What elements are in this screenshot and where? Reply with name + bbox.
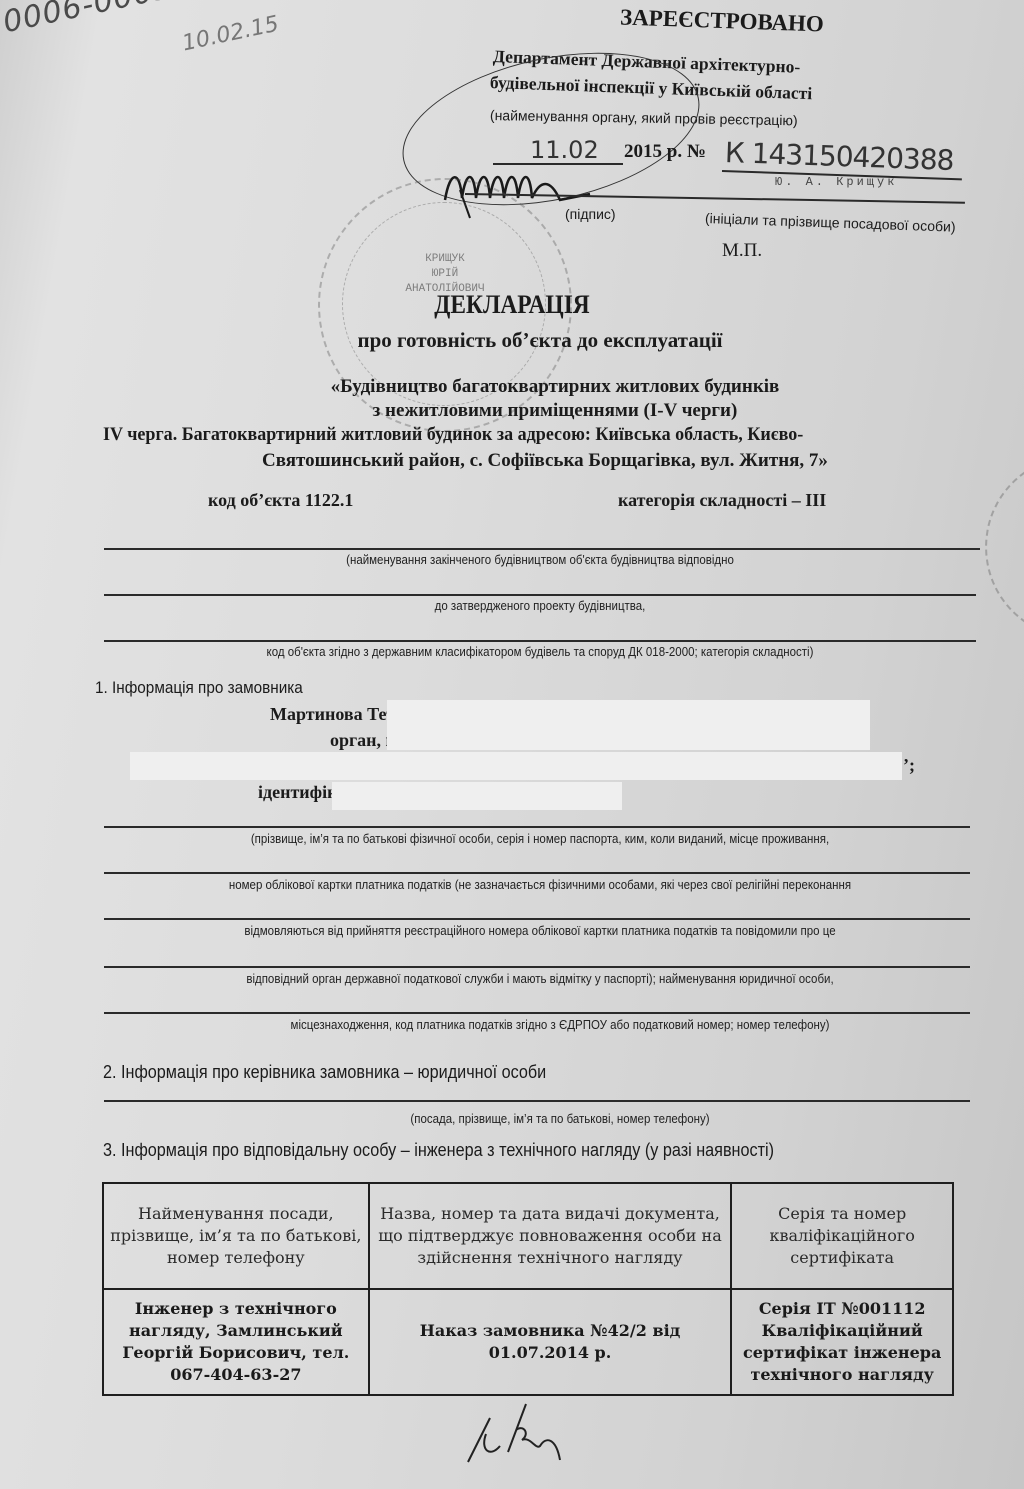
table-row: Інженер з технічного нагляду, Замлинськи… xyxy=(103,1289,953,1395)
object-caption-1: (найменування закінченого будівництвом о… xyxy=(135,553,945,567)
form-line xyxy=(104,826,970,828)
form-line xyxy=(104,594,976,596)
cell-engineer-name: Інженер з технічного нагляду, Замлинськи… xyxy=(103,1289,369,1395)
object-code: код об’єкта 1122.1 xyxy=(208,490,353,511)
declaration-title: ДЕКЛАРАЦІЯ xyxy=(51,290,973,320)
partial-seal-stamp-right xyxy=(985,455,1024,639)
seal-name: ЮРІЙ xyxy=(320,267,570,282)
header-position-name: Найменування посади, прізвище, ім’я та п… xyxy=(103,1183,369,1289)
supervision-engineer-table: Найменування посади, прізвище, ім’я та п… xyxy=(102,1182,954,1396)
customer-caption-2: номер облікової картки платника податків… xyxy=(135,878,945,892)
customer-address-end: ’; xyxy=(903,755,915,776)
form-line xyxy=(104,872,970,874)
cell-certificate-number: Серія ІТ №001112 Кваліфікаційний сертифі… xyxy=(731,1289,953,1395)
redaction-id-number xyxy=(332,782,622,810)
official-name-caption: (ініціали та прізвище посадової особи) xyxy=(705,210,956,235)
object-caption-3: код об'єкта згідно з державним класифіка… xyxy=(135,645,945,659)
registered-title: ЗАРЕЄСТРОВАНО xyxy=(620,4,825,37)
header-authority-document: Назва, номер та дата видачі документа, щ… xyxy=(369,1183,732,1289)
table-header-row: Найменування посади, прізвище, ім’я та п… xyxy=(103,1183,953,1289)
declaration-subtitle: про готовність об’єкта до експлуатації xyxy=(0,328,1024,353)
form-line xyxy=(104,548,980,550)
object-caption-2: до затвердженого проекту будівництва, xyxy=(135,599,945,613)
object-name-line4: Святошинський район, с. Софіївська Борща… xyxy=(0,450,1024,472)
complexity-category: категорія складності – III xyxy=(618,490,826,511)
cell-order-document: Наказ замовника №42/2 від 01.07.2014 р. xyxy=(369,1289,732,1395)
object-name-line2: з нежитловими приміщеннями (I-V черги) xyxy=(0,400,1024,422)
section1-heading: 1. Інформація про замовника xyxy=(95,678,303,698)
section2-caption: (посада, прізвище, ім’я та по батькові, … xyxy=(155,1112,965,1126)
redaction-address xyxy=(130,752,902,780)
customer-caption-1: (прізвище, ім’я та по батькові фізичної … xyxy=(135,832,945,846)
form-line xyxy=(104,1012,970,1014)
seal-surname: КРИЩУК xyxy=(320,252,570,267)
customer-caption-4: відповідний орган державної податкової с… xyxy=(135,972,945,986)
customer-caption-5: місцезнаходження, код платника податків … xyxy=(155,1018,965,1032)
customer-signature xyxy=(460,1400,580,1470)
registration-year-label: 2015 р. № xyxy=(624,141,706,163)
handwritten-date-note: 10.02.15 xyxy=(180,12,281,57)
section3-heading: 3. Інформація про відповідальну особу – … xyxy=(103,1140,774,1161)
object-name-line1: «Будівництво багатоквартирних житлових б… xyxy=(0,376,1024,398)
header-certificate: Серія та номер кваліфікаційного сертифік… xyxy=(731,1183,953,1289)
form-line xyxy=(104,966,970,968)
redaction-passport xyxy=(387,700,870,750)
customer-caption-3: відмовляються від прийняття реєстраційно… xyxy=(135,924,945,938)
official-name-stamp: Ю. А. Крищук xyxy=(775,175,897,189)
section2-heading: 2. Інформація про керівника замовника – … xyxy=(103,1062,546,1083)
seal-label: М.П. xyxy=(722,240,762,262)
object-name-line3: IV черга. Багатоквартирний житловий буди… xyxy=(103,424,803,446)
form-line xyxy=(104,640,976,642)
form-line xyxy=(104,918,970,920)
signature-caption: (підпис) xyxy=(565,206,616,222)
form-line xyxy=(104,1100,970,1102)
